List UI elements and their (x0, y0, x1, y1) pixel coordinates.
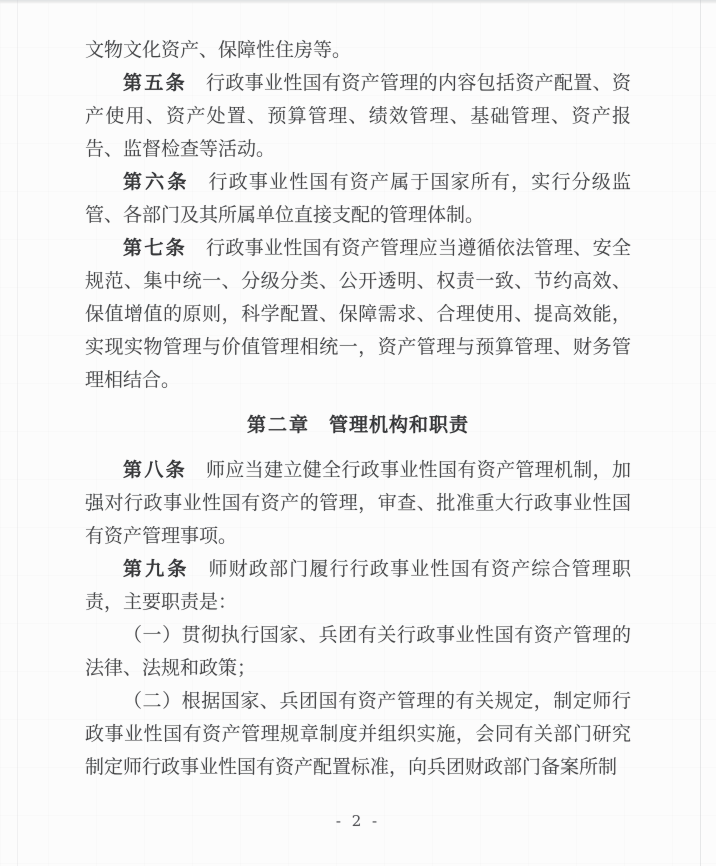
article-6-paragraph: 第六条行政事业性国有资产属于国家所有，实行分级监管、各部门及其所属单位直接支配的… (85, 166, 631, 232)
article-6-label: 第六条 (123, 171, 190, 193)
article-5-paragraph: 第五条行政事业性国有资产管理的内容包括资产配置、资产使用、资产处置、预算管理、绩… (85, 67, 631, 166)
article-5-label: 第五条 (123, 72, 187, 94)
document-body: 文物文化资产、保障性住房等。 第五条行政事业性国有资产管理的内容包括资产配置、资… (85, 0, 631, 784)
article-7-text: 行政事业性国有资产管理应当遵循依法管理、安全规范、集中统一、分级分类、公开透明、… (85, 237, 631, 391)
article-9-paragraph: 第九条师财政部门履行行政事业性国有资产综合管理职责，主要职责是： (85, 553, 631, 619)
chapter-2-title: 管理机构和职责 (329, 414, 469, 436)
page-number: - 2 - (0, 812, 716, 830)
article-9-label: 第九条 (123, 558, 190, 580)
chapter-2-heading: 第二章管理机构和职责 (85, 409, 631, 442)
article-8-label: 第八条 (123, 459, 187, 481)
scan-line-artifact-left (17, 0, 18, 866)
document-page: 文物文化资产、保障性住房等。 第五条行政事业性国有资产管理的内容包括资产配置、资… (0, 0, 716, 866)
chapter-2-label: 第二章 (247, 414, 310, 436)
scan-line-artifact-right (700, 0, 701, 866)
article-7-paragraph: 第七条行政事业性国有资产管理应当遵循依法管理、安全规范、集中统一、分级分类、公开… (85, 232, 631, 397)
article-8-paragraph: 第八条师应当建立健全行政事业性国有资产管理机制，加强对行政事业性国有资产的管理，… (85, 454, 631, 553)
article-9-item-2: （二）根据国家、兵团国有资产管理的有关规定，制定师行政事业性国有资产管理规章制度… (85, 685, 631, 784)
continuation-paragraph: 文物文化资产、保障性住房等。 (85, 34, 631, 67)
article-7-label: 第七条 (123, 237, 187, 259)
article-9-item-1: （一）贯彻执行国家、兵团有关行政事业性国有资产管理的法律、法规和政策； (85, 619, 631, 685)
